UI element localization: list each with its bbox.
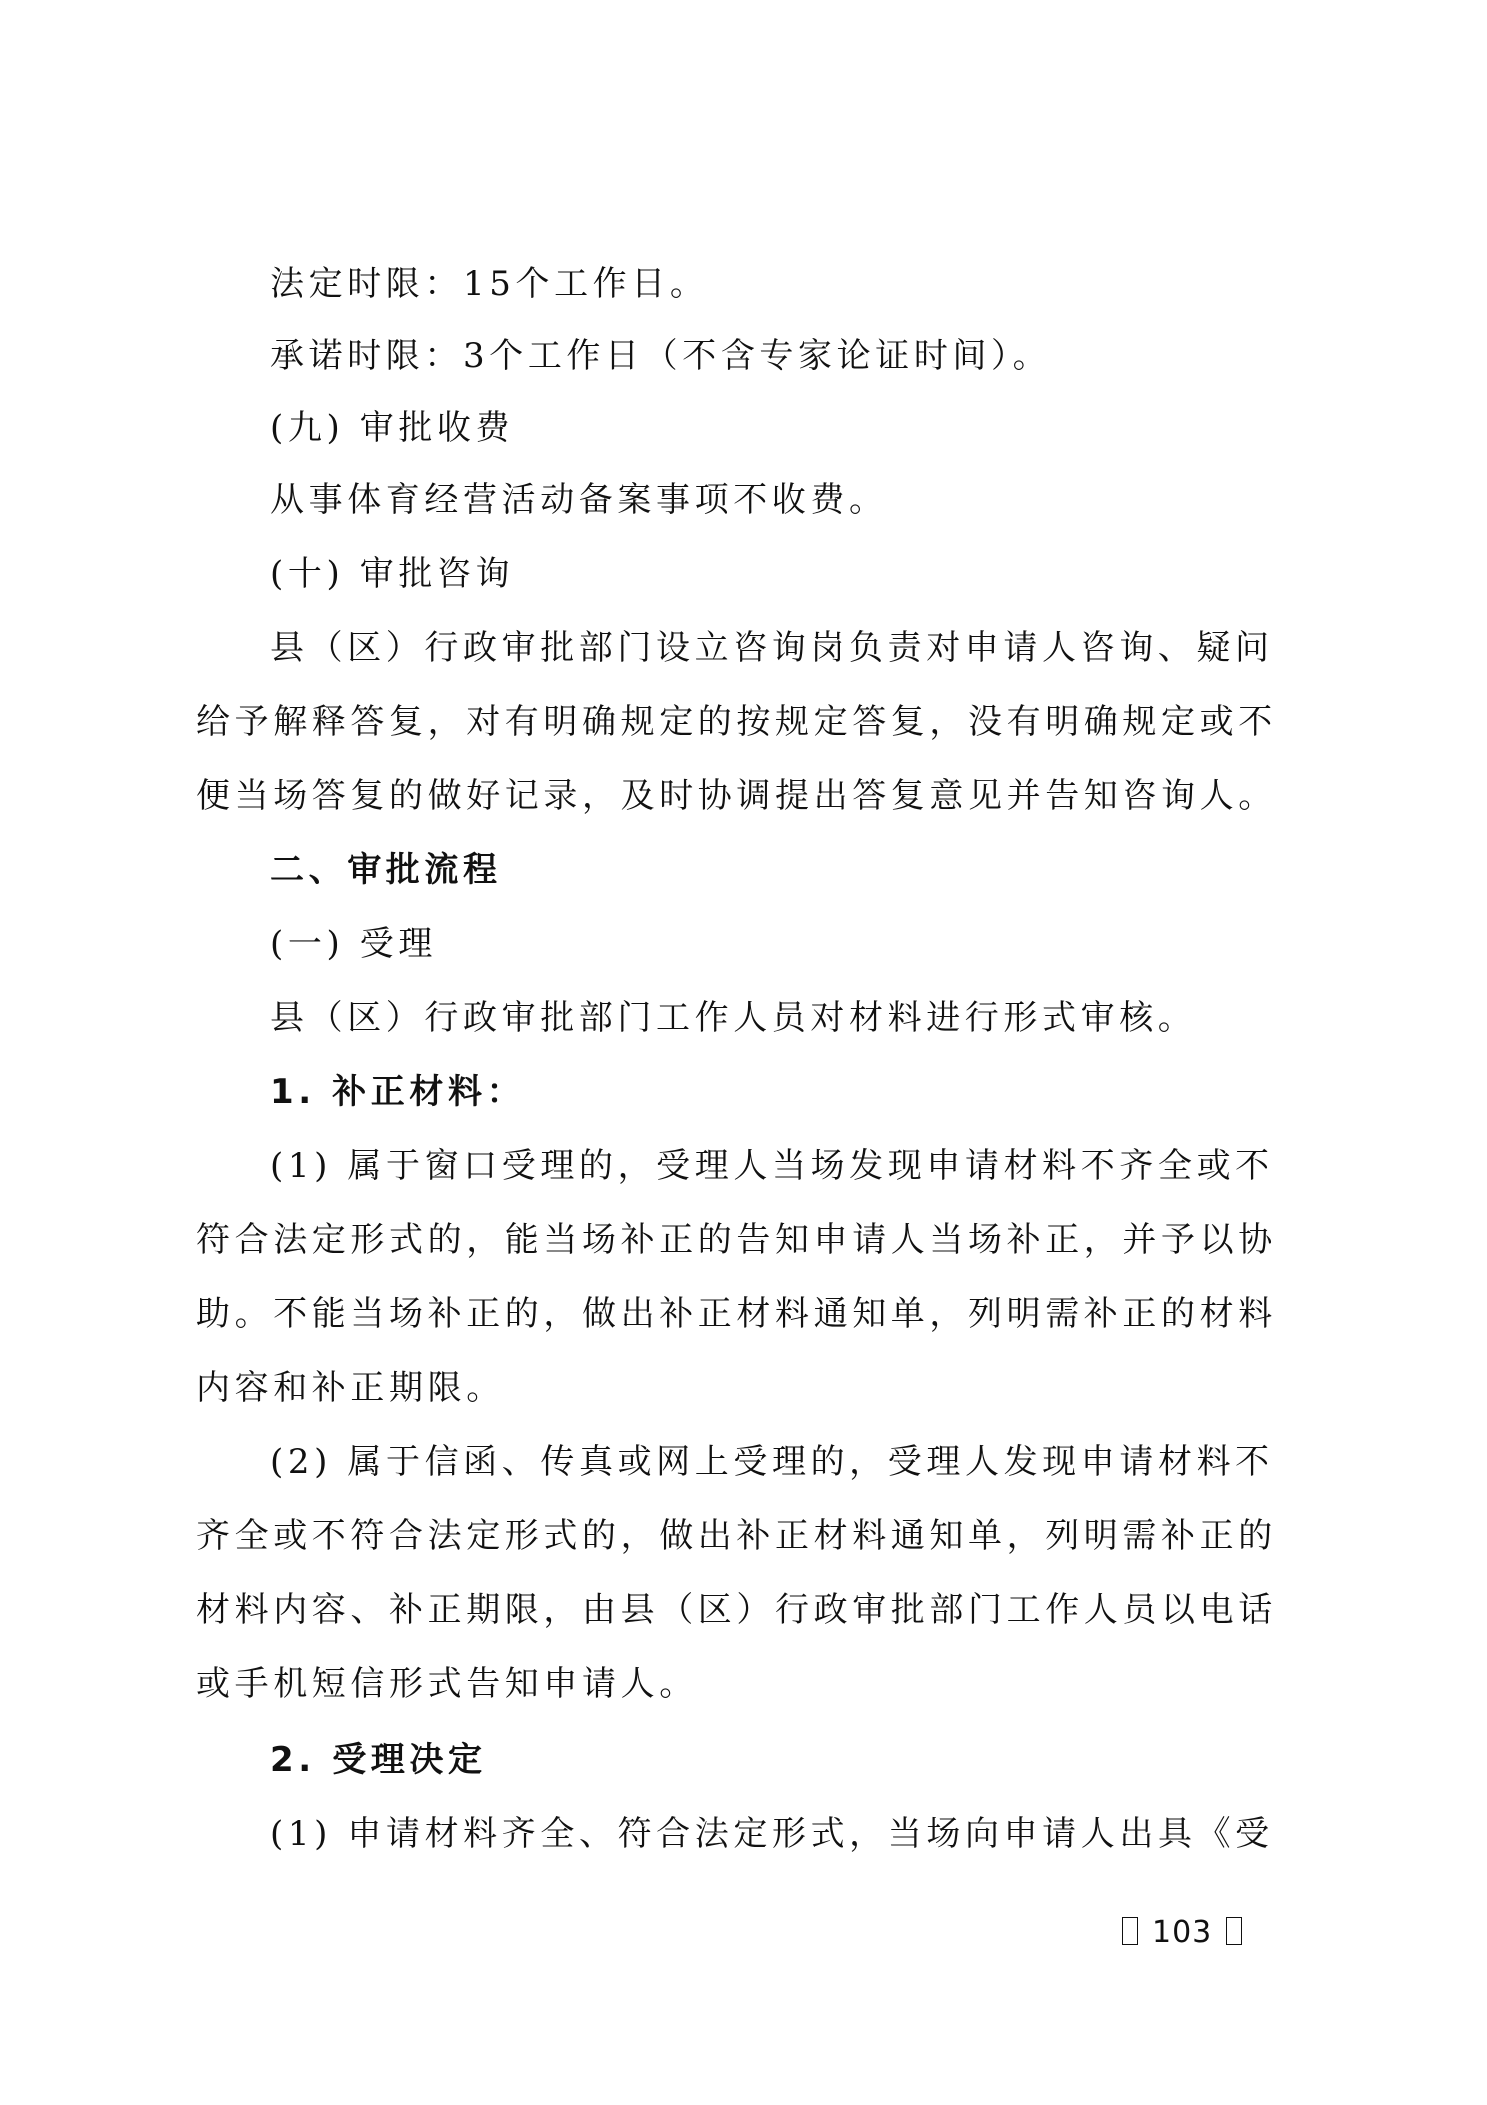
page-number: 103 bbox=[1152, 1915, 1212, 1950]
fees-paragraph: 从事体育经营活动备案事项不收费。 bbox=[270, 478, 888, 522]
section-heading-consultation: (十) 审批咨询 bbox=[270, 552, 514, 596]
legal-time-limit: 法定时限：15个工作日。 bbox=[270, 262, 708, 306]
promised-time-limit: 承诺时限：3个工作日（不含专家论证时间）。 bbox=[270, 334, 1051, 378]
missing-glyph-left-icon bbox=[1122, 1917, 1138, 1945]
item-1-line-3: 助。不能当场补正的，做出补正材料通知单，列明需补正的材料 bbox=[196, 1292, 1277, 1336]
item-2-line-4: 或手机短信形式告知申请人。 bbox=[196, 1662, 698, 1706]
missing-glyph-right-icon bbox=[1226, 1917, 1242, 1945]
document-page: 法定时限：15个工作日。 承诺时限：3个工作日（不含专家论证时间）。 (九) 审… bbox=[0, 0, 1487, 2105]
subheading-acceptance: (一) 受理 bbox=[270, 922, 437, 966]
subheading-supplement-materials: 1. 补正材料： bbox=[270, 1070, 525, 1114]
item-1-line-1: (1) 属于窗口受理的，受理人当场发现申请材料不齐全或不 bbox=[270, 1144, 1274, 1188]
consultation-paragraph-line-2: 给予解释答复，对有明确规定的按规定答复，没有明确规定或不 bbox=[196, 700, 1277, 744]
item-2-line-2: 齐全或不符合法定形式的，做出补正材料通知单，列明需补正的 bbox=[196, 1514, 1277, 1558]
item-2-line-1: (2) 属于信函、传真或网上受理的，受理人发现申请材料不 bbox=[270, 1440, 1274, 1484]
subheading-acceptance-decision: 2. 受理决定 bbox=[270, 1738, 487, 1782]
acceptance-paragraph: 县（区）行政审批部门工作人员对材料进行形式审核。 bbox=[270, 996, 1196, 1040]
page-footer: 103 bbox=[1108, 1915, 1256, 1951]
decision-item-1-line-1: (1) 申请材料齐全、符合法定形式，当场向申请人出具《受 bbox=[270, 1812, 1274, 1856]
item-1-line-2: 符合法定形式的，能当场补正的告知申请人当场补正，并予以协 bbox=[196, 1218, 1277, 1262]
section-heading-fees: (九) 审批收费 bbox=[270, 406, 514, 450]
item-1-line-4: 内容和补正期限。 bbox=[196, 1366, 505, 1410]
item-2-line-3: 材料内容、补正期限，由县（区）行政审批部门工作人员以电话 bbox=[196, 1588, 1277, 1632]
consultation-paragraph-line-3: 便当场答复的做好记录，及时协调提出答复意见并告知咨询人。 bbox=[196, 774, 1277, 818]
consultation-paragraph-line-1: 县（区）行政审批部门设立咨询岗负责对申请人咨询、疑问 bbox=[270, 626, 1274, 670]
section-heading-approval-process: 二、审批流程 bbox=[270, 848, 502, 892]
